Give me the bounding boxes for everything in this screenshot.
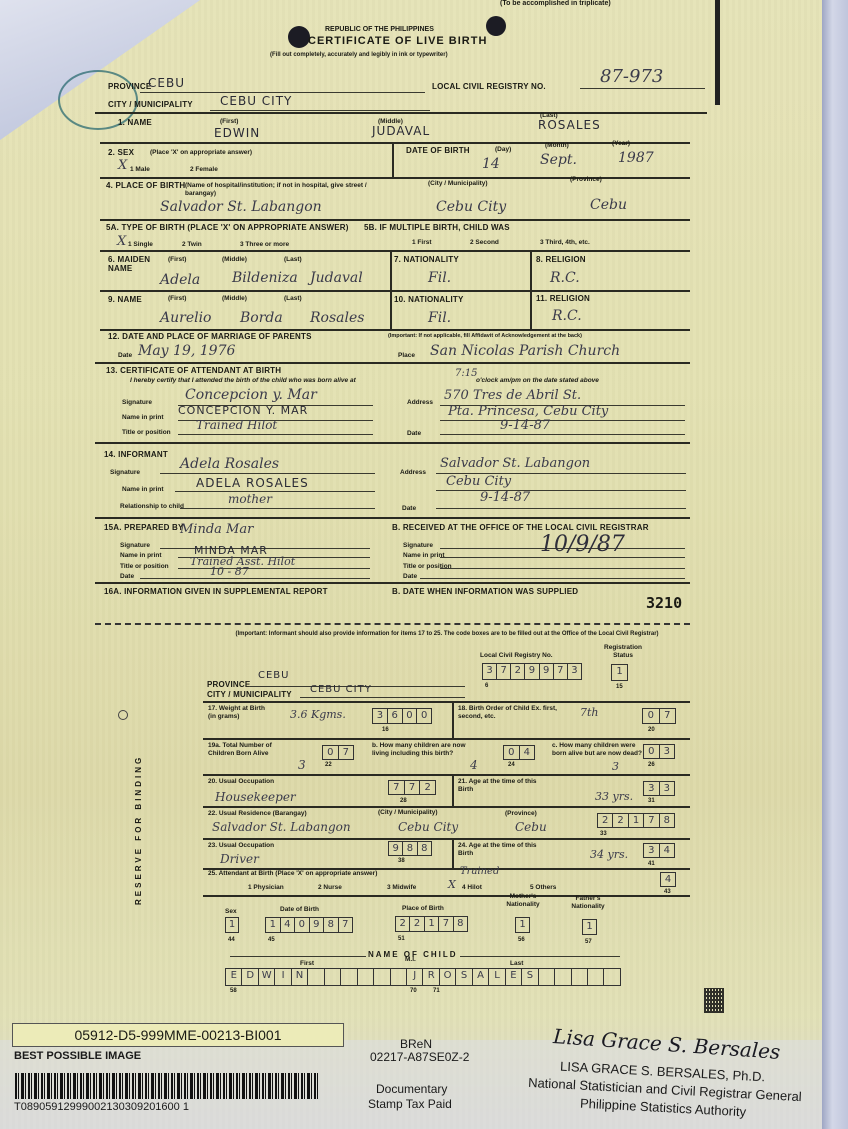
status-label: Registration Status: [598, 644, 648, 660]
father-nationality: Fil.: [428, 310, 451, 326]
code-22: 22: [325, 762, 332, 768]
dead-value: 3: [612, 760, 619, 773]
code-56: 56: [518, 937, 525, 943]
child-middle-name: JUDAVAL: [372, 124, 430, 138]
father-last-label: (Last): [284, 295, 302, 302]
residence: Salvador St. Labangon: [212, 820, 351, 834]
noc-last-label: Last: [510, 960, 523, 967]
stamp-tax-line-1: Documentary: [376, 1082, 447, 1096]
stat-lcr-boxes[interactable]: 3729973: [482, 663, 582, 680]
bren-value: 02217-A87SE0Z-2: [370, 1050, 469, 1064]
prepared-date: 10 - 87: [210, 565, 249, 578]
child-last-name: ROSALES: [538, 118, 601, 132]
att-hilot[interactable]: 4 Hilot: [462, 884, 482, 891]
informant-name: ADELA ROSALES: [196, 476, 309, 490]
code-44: 44: [228, 937, 235, 943]
name-char-box[interactable]: S: [522, 969, 538, 985]
day-label: (Day): [495, 146, 511, 153]
residence-boxes[interactable]: 22178: [597, 813, 675, 828]
lcr-value: 87-973: [600, 66, 663, 87]
code-45: 45: [268, 937, 275, 943]
sex-hint: (Place 'X' on appropriate answer): [150, 149, 252, 156]
father-middle: Borda: [240, 310, 283, 326]
punch-hole-icon: [118, 710, 128, 720]
seal-right-icon: [486, 16, 506, 36]
mother-last: Judaval: [310, 270, 363, 286]
type-mark[interactable]: X: [117, 234, 126, 249]
code-70: 70: [410, 988, 417, 994]
name-char-box[interactable]: [325, 969, 341, 985]
attendant-title-label: Title or position: [122, 429, 171, 436]
name-char-box[interactable]: S: [456, 969, 472, 985]
f-age-label: 24. Age at the time of this Birth: [458, 842, 548, 858]
child-first-name: EDWIN: [214, 126, 260, 140]
weight-label: 17. Weight at Birth (in grams): [208, 705, 268, 721]
stat-attendant-label: 25. Attendant at Birth (Place 'X' on app…: [208, 870, 377, 877]
mother-religion: R.C.: [550, 270, 580, 286]
prepared-name-label: Name in print: [120, 552, 162, 559]
f-age: 34 yrs.: [590, 848, 628, 861]
name-char-box[interactable]: [604, 969, 619, 985]
supplemental-label: 16a. INFORMATION GIVEN IN SUPPLEMENTAL R…: [104, 587, 328, 596]
attendant-label: 13. CERTIFICATE OF ATTENDANT AT BIRTH: [106, 366, 281, 375]
sex-label: 2. SEX: [108, 148, 134, 157]
received-sig-label: Signature: [403, 542, 433, 549]
father-nationality-label: 10. NATIONALITY: [394, 295, 464, 304]
informant-sig-label: Signature: [110, 469, 140, 476]
informant-relationship: mother: [228, 492, 272, 506]
attendant-statement: I hereby certify that I attended the bir…: [130, 377, 356, 384]
year-label: (Year): [612, 140, 630, 147]
code-15: 15: [616, 684, 623, 690]
residence-label: 22. Usual Residence (Barangay): [208, 810, 307, 817]
month-label: (Month): [545, 142, 569, 149]
residence-province-label: (Province): [505, 810, 537, 817]
father-religion: R.C.: [552, 308, 582, 324]
father-first: Aurelio: [160, 310, 212, 326]
m-occupation-label: 20. Usual Occupation: [208, 778, 274, 785]
informant-signature: Adela Rosales: [180, 456, 279, 472]
mother-name-label: 6. MAIDEN NAME: [108, 255, 158, 273]
name-char-box[interactable]: [555, 969, 571, 985]
name-char-box[interactable]: D: [242, 969, 258, 985]
mother-nationality: Fil.: [428, 270, 451, 286]
received-label: b. RECEIVED AT THE OFFICE OF THE LOCAL C…: [392, 523, 649, 532]
attendant-box[interactable]: 4: [660, 872, 676, 887]
code-6: 6: [485, 683, 488, 689]
pob-label: 4. PLACE OF BIRTH: [106, 181, 185, 190]
pob-hint: (Name of hospital/institution; if not in…: [185, 182, 385, 198]
m-occupation: Housekeeper: [215, 790, 296, 804]
mother-last-label: (Last): [284, 256, 302, 263]
name-char-box[interactable]: I: [275, 969, 291, 985]
sum-sex-label: Sex: [225, 908, 237, 915]
order-label: 18. Birth Order of Child Ex. first, seco…: [458, 705, 578, 721]
marriage-date: May 19, 1976: [138, 343, 235, 359]
residence-province: Cebu: [515, 820, 547, 834]
informant-date-label: Date: [402, 505, 416, 512]
code-41: 41: [648, 861, 655, 867]
living-value: 4: [470, 758, 478, 772]
mother-first-label: (First): [168, 256, 186, 263]
attendant-mark[interactable]: X: [448, 878, 456, 891]
informant-address-label: Address: [400, 469, 426, 476]
code-51: 51: [398, 936, 405, 942]
attendant-note: Trained: [460, 866, 499, 877]
type-three[interactable]: 3 Three or more: [240, 241, 289, 248]
att-midwife[interactable]: 3 Midwife: [387, 884, 416, 891]
lcr-label: LOCAL CIVIL REGISTRY NO.: [432, 82, 546, 91]
att-physician[interactable]: 1 Physician: [248, 884, 284, 891]
sum-pob-label: Place of Birth: [402, 905, 444, 912]
total-value: 3: [298, 758, 306, 772]
noc-mi-label: M.I.: [405, 956, 416, 963]
received-date-label: Date: [403, 573, 417, 580]
stamp-tax-line-2: Stamp Tax Paid: [368, 1097, 452, 1111]
stamp-number: 3210: [646, 594, 682, 612]
informant-date: 9-14-87: [480, 490, 530, 505]
stat-city: CEBU CITY: [310, 684, 372, 695]
dob-year: 1987: [618, 150, 654, 166]
multiple-third[interactable]: 3 Third, 4th, etc.: [540, 239, 590, 246]
att-others[interactable]: 5 Others: [530, 884, 556, 891]
attendant-address-1: 570 Tres de Abril St.: [444, 388, 581, 403]
father-name-label: 9. NAME: [108, 295, 142, 304]
m-occupation-boxes[interactable]: 772: [388, 780, 436, 795]
city-label: CITY / MUNICIPALITY: [108, 100, 193, 109]
attendant-signature: Concepcion y. Mar: [185, 387, 317, 403]
attendant-date-label: Date: [407, 430, 421, 437]
barcode-text: T08905912999002130309201600 1: [14, 1101, 189, 1113]
order-value: 7th: [580, 706, 599, 719]
informant-address-1: Salvador St. Labangon: [440, 456, 590, 471]
multiple-first[interactable]: 1 First: [412, 239, 432, 246]
father-last: Rosales: [310, 310, 364, 326]
dob-month: Sept.: [540, 152, 577, 168]
bren-label: BReN: [400, 1037, 432, 1051]
noc-first-label: First: [300, 960, 314, 967]
sum-dob-boxes[interactable]: 140987: [265, 917, 353, 933]
attendant-statement-end: o'clock am/pm on the date stated above: [476, 377, 599, 384]
prepared-title-label: Title or position: [120, 563, 169, 570]
total-boxes[interactable]: 07: [322, 745, 354, 760]
type-twin[interactable]: 2 Twin: [182, 241, 202, 248]
seal-left-icon: [288, 26, 310, 48]
sum-f-nat-box[interactable]: 1: [582, 919, 597, 935]
code-24: 24: [508, 762, 515, 768]
name-char-box[interactable]: A: [473, 969, 489, 985]
name-char-box[interactable]: [588, 969, 604, 985]
mother-middle: Bildeniza: [232, 270, 298, 286]
status-box[interactable]: 1: [611, 664, 628, 681]
stat-province: CEBU: [258, 670, 289, 681]
residence-city-label: (City / Municipality): [378, 809, 438, 816]
code-57: 57: [585, 939, 592, 945]
sum-f-nat-label: Father's Nationality: [563, 895, 613, 911]
pob-province: Cebu: [590, 197, 627, 213]
mother-religion-label: 8. RELIGION: [536, 255, 586, 264]
city-value: CEBU CITY: [220, 94, 292, 108]
stat-city-label: CITY / MUNICIPALITY: [207, 690, 292, 699]
paper-edge: [822, 0, 848, 1129]
received-name-label: Name in print: [403, 552, 445, 559]
pob-province-label: (Province): [570, 176, 602, 183]
name-char-box[interactable]: [391, 969, 407, 985]
attendant-address-label: Address: [407, 399, 433, 406]
female-option[interactable]: 2 Female: [190, 166, 218, 173]
attendant-date: 9-14-87: [500, 418, 550, 433]
m-age-boxes[interactable]: 33: [643, 781, 675, 796]
statistical-note: (Important: Informant should also provid…: [232, 630, 662, 639]
reserve-for-binding: RESERVE FOR BINDING: [134, 725, 143, 935]
dead-label: c. How many children were born alive but…: [552, 742, 642, 758]
att-nurse[interactable]: 2 Nurse: [318, 884, 342, 891]
mother-middle-label: (Middle): [222, 256, 247, 263]
pob-street: Salvador St. Labangon: [160, 199, 322, 215]
m-age-label: 21. Age at the time of this Birth: [458, 778, 548, 794]
m-age: 33 yrs.: [595, 790, 633, 803]
f-occupation: Driver: [220, 852, 259, 866]
page-title: CERTIFICATE OF LIVE BIRTH: [308, 35, 487, 47]
living-label: b. How many children are now living incl…: [372, 742, 472, 758]
father-first-label: (First): [168, 295, 186, 302]
pob-city: Cebu City: [436, 199, 506, 215]
name-char-box[interactable]: L: [489, 969, 505, 985]
received-stamp: 10/9/87: [540, 532, 625, 557]
code-20: 20: [648, 727, 655, 733]
prepared-label: 15a. PREPARED BY: [104, 523, 184, 532]
weight-value: 3.6 Kgms.: [290, 708, 346, 721]
best-possible-image: BEST POSSIBLE IMAGE: [14, 1050, 141, 1062]
marriage-date-label: Date: [118, 352, 132, 359]
name-char-box[interactable]: [341, 969, 357, 985]
name-char-box[interactable]: N: [292, 969, 308, 985]
sum-m-nat-label: Mother's Nationality: [498, 893, 548, 909]
name-char-box[interactable]: [358, 969, 374, 985]
stat-lcr-label: Local Civil Registry No.: [480, 652, 553, 659]
margin-bar: [715, 0, 720, 105]
name-char-box[interactable]: W: [259, 969, 275, 985]
name-of-child-boxes[interactable]: EDWINJROSALES: [225, 968, 621, 986]
marriage-place: San Nicolas Parish Church: [430, 343, 620, 359]
prepared-date-label: Date: [120, 573, 134, 580]
order-boxes[interactable]: 07: [642, 708, 676, 724]
dob-day: 14: [482, 156, 500, 172]
weight-boxes[interactable]: 3600: [372, 708, 432, 724]
sum-sex-box[interactable]: 1: [225, 917, 239, 933]
attendant-name-label: Name in print: [122, 414, 164, 421]
stat-province-label: PROVINCE: [207, 680, 250, 689]
republic-label: REPUBLIC OF THE PHILIPPINES: [325, 26, 434, 33]
marriage-note: (Important: If not applicable, fill Affi…: [388, 333, 582, 339]
security-code: 05912-D5-999MME-00213-BI001: [12, 1023, 344, 1047]
sum-m-nat-box[interactable]: 1: [515, 917, 530, 933]
male-option[interactable]: 1 Male: [130, 166, 150, 173]
code-71: 71: [433, 988, 440, 994]
attendant-name: CONCEPCION Y. MAR: [178, 404, 308, 417]
name-char-box[interactable]: J: [407, 969, 423, 985]
informant-label: 14. INFORMANT: [104, 450, 168, 459]
attendant-sig-label: Signature: [122, 399, 152, 406]
qr-code-icon: [704, 988, 724, 1013]
first-label: (First): [220, 118, 238, 125]
supplemental-date-label: b. DATE WHEN INFORMATION WAS SUPPLIED: [392, 587, 578, 596]
prepared-signature: Minda Mar: [180, 522, 253, 537]
attendant-time: 7:15: [455, 368, 477, 379]
father-religion-label: 11. RELIGION: [536, 294, 590, 303]
code-31: 31: [648, 798, 655, 804]
top-note: (To be accomplished in triplicate): [500, 0, 611, 7]
type-single[interactable]: 1 Single: [128, 241, 153, 248]
name-char-box[interactable]: R: [423, 969, 439, 985]
province-label: PROVINCE: [108, 82, 151, 91]
informant-name-label: Name in print: [122, 486, 164, 493]
type-birth-label: 5a. TYPE OF BIRTH (Place 'X' on appropri…: [106, 223, 349, 232]
name-char-box[interactable]: [539, 969, 555, 985]
code-33: 33: [600, 831, 607, 837]
name-char-box[interactable]: E: [226, 969, 242, 985]
name-char-box[interactable]: E: [506, 969, 522, 985]
f-age-boxes[interactable]: 34: [643, 843, 675, 858]
name-char-box[interactable]: O: [440, 969, 456, 985]
pob-city-label: (City / Municipality): [428, 180, 488, 187]
f-occupation-label: 23. Usual Occupation: [208, 842, 274, 849]
dob-label: DATE OF BIRTH: [406, 146, 470, 155]
mother-nationality-label: 7. NATIONALITY: [394, 255, 459, 264]
mother-first: Adela: [160, 272, 200, 288]
child-name-label: 1. NAME: [118, 118, 152, 127]
prepared-sig-label: Signature: [120, 542, 150, 549]
dead-boxes[interactable]: 03: [643, 744, 675, 759]
sum-pob-boxes[interactable]: 22178: [395, 916, 468, 932]
residence-city: Cebu City: [398, 820, 458, 834]
marriage-label: 12. DATE AND PLACE OF MARRIAGE OF PARENT…: [108, 332, 312, 341]
informant-address-2: Cebu City: [446, 474, 511, 489]
instruction: (Fill out completely, accurately and leg…: [270, 52, 448, 58]
name-char-box[interactable]: [308, 969, 324, 985]
code-26: 26: [648, 762, 655, 768]
father-middle-label: (Middle): [222, 295, 247, 302]
sum-dob-label: Date of Birth: [280, 906, 319, 913]
code-16: 16: [382, 727, 389, 733]
total-label: 19a. Total Number of Children Born Alive: [208, 742, 280, 758]
name-char-box[interactable]: [572, 969, 588, 985]
multiple-second[interactable]: 2 Second: [470, 239, 499, 246]
province-value: CEBU: [148, 76, 185, 90]
name-char-box[interactable]: [374, 969, 390, 985]
code-28: 28: [400, 798, 407, 804]
marriage-place-label: Place: [398, 352, 415, 359]
code-58: 58: [230, 988, 237, 994]
f-occupation-boxes[interactable]: 988: [388, 841, 432, 856]
informant-rel-label: Relationship to child: [120, 503, 184, 510]
sex-mark[interactable]: X: [118, 158, 127, 173]
attendant-title: Trained Hilot: [196, 418, 277, 432]
living-boxes[interactable]: 04: [503, 745, 535, 760]
multiple-label: 5b. IF MULTIPLE BIRTH, CHILD WAS: [364, 223, 510, 232]
code-38: 38: [398, 858, 405, 864]
barcode: [15, 1073, 320, 1099]
attendant-address-2: Pta. Princesa, Cebu City: [448, 404, 608, 419]
